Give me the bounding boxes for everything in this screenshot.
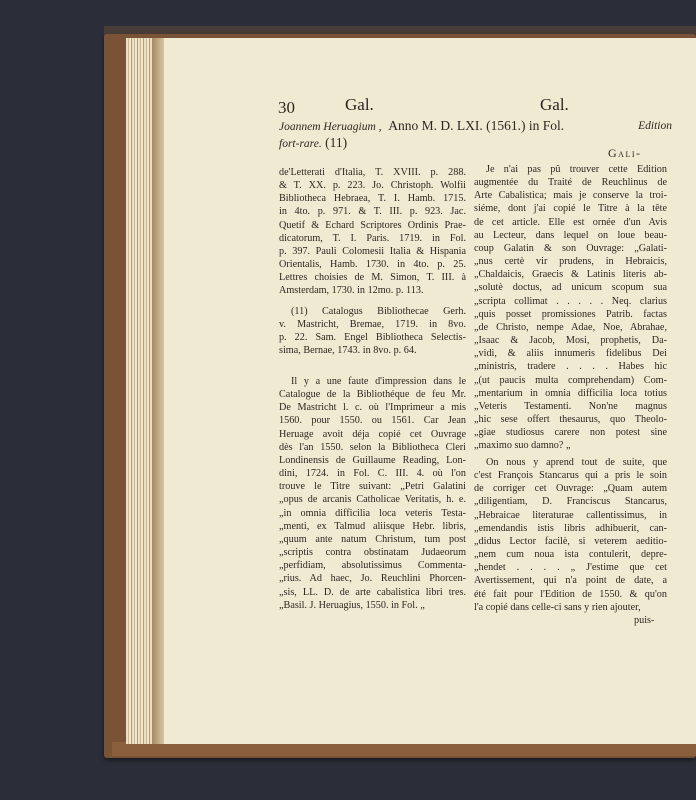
text-line: de cet article. Elle est ornée d'un Avis bbox=[474, 216, 667, 229]
page-edges bbox=[126, 38, 164, 744]
text-line: de'Letterati d'Italia, T. XVIII. p. 288. bbox=[279, 166, 466, 179]
text-line: „Chaldaicis, Graecis & Latinis literis a… bbox=[474, 268, 667, 281]
text-line: „rius. Ad haec, Jo. Reuchlini Phorcen- bbox=[279, 572, 466, 585]
text-line: été fait pour l'Edition de 1550. & qu'on bbox=[474, 588, 667, 601]
text-line: c'est François Stancarus qui a pris le s… bbox=[474, 469, 667, 482]
text-line: „Isaac & Jacob, Mosi, prophetis, Da- bbox=[474, 334, 667, 347]
lead-italic-start: Joannem Heruagium , bbox=[279, 121, 382, 133]
text-line: „Hebraicae literaturae callentissimus, i… bbox=[474, 509, 667, 522]
text-line: Amsterdam, 1730. in 12mo. p. 113. bbox=[279, 284, 466, 297]
text-line: „maximo suo damno? „ bbox=[474, 439, 667, 452]
text-line: „giae studiosus carere non potest sine bbox=[474, 426, 667, 439]
text-line: „Veteris Testamenti. Non'ne magnus bbox=[474, 400, 667, 413]
text-line: au Lecteur, dans lequel on loue beau- bbox=[474, 229, 667, 242]
text-line: Je n'ai pas pû trouver cette Edition bbox=[474, 163, 667, 176]
text-line: in 4to. p. 971. & T. III. p. 923. Jac. bbox=[279, 205, 466, 218]
left-footnote-continuation: de'Letterati d'Italia, T. XVIII. p. 288.… bbox=[279, 166, 466, 298]
text-line: „de Christo, nempe Adae, Noe, Abrahae, bbox=[474, 321, 667, 334]
text-line: „solutè doctus, ad unicum scopum sua bbox=[474, 281, 667, 294]
lead-line2-italic: fort-rare. bbox=[279, 138, 322, 150]
right-paragraph-2: On nous y aprend tout de suite, quec'est… bbox=[474, 456, 667, 614]
text-line: augmentée du Traité de Reuchlinus de bbox=[474, 176, 667, 189]
catchword-header: Gali- bbox=[608, 146, 642, 161]
text-line: & T. XX. p. 223. Jo. Christoph. Wolfii bbox=[279, 179, 466, 192]
gutter-shadow bbox=[152, 38, 164, 744]
text-line: de corriger cet Ouvrage: „Quam autem bbox=[474, 482, 667, 495]
text-line: „diligentiam, D. Franciscus Stancarus, bbox=[474, 495, 667, 508]
text-line: sima, Bernae, 1743. in 8vo. p. 64. bbox=[279, 344, 466, 357]
text-line: Heruage avoit déja copié cet Ouvrage bbox=[279, 428, 466, 441]
text-line: „scripta collimat . . . . . Neq. clarius bbox=[474, 295, 667, 308]
text-line: coup Galatin & son Ouvrage: „Galati- bbox=[474, 242, 667, 255]
text-line: „Basil. J. Heruagius, 1550. in Fol. „ bbox=[279, 599, 466, 612]
text-line: „hic sese offert thesaurus, quo Theolo- bbox=[474, 413, 667, 426]
text-line: Londinensis de Guillaume Reading, Lon- bbox=[279, 454, 466, 467]
text-line: „ministris, tradere . . . . Habes hic bbox=[474, 360, 667, 373]
running-head-right: Gal. bbox=[540, 95, 569, 115]
text-line: Bibliotheca Hebraea, T. I. Hamb. 1715. bbox=[279, 192, 466, 205]
text-line: dini, 1724. in Fol. C. III. 4. où l'on bbox=[279, 467, 466, 480]
text-line: p. 397. Pauli Colomesii Italia & Hispani… bbox=[279, 245, 466, 258]
text-line: „didus Lector facilè, si veterem aeditio… bbox=[474, 535, 667, 548]
text-line: „in omnia difficilia loca veteris Testa- bbox=[279, 507, 466, 520]
text-line: Catalogue de la Bibliothéque de feu Mr. bbox=[279, 388, 466, 401]
text-line: l'a copié dans celle-ci sans y rien ajou… bbox=[474, 601, 667, 614]
text-line: Avertissement, qui n'a point de date, a bbox=[474, 574, 667, 587]
text-line: „scriptis contra obstinatam Judaeorum bbox=[279, 546, 466, 559]
text-line: „opus de arcanis Catholicae Veritatis, h… bbox=[279, 493, 466, 506]
book-cover-bottom bbox=[112, 742, 696, 756]
text-line: dicatorum, T. I. Paris. 1719. in Fol. bbox=[279, 232, 466, 245]
lead-text: Anno M. D. LXI. (1561.) in Fol. bbox=[388, 118, 564, 133]
text-line: „hendet . . . . „ J'estime que cet bbox=[474, 561, 667, 574]
lead-italic-end: Edition bbox=[638, 118, 672, 134]
text-line: Il y a une faute d'impression dans le bbox=[279, 375, 466, 388]
text-line: „(ut paucis multa comprehendam) Com- bbox=[474, 374, 667, 387]
page-number: 30 bbox=[278, 98, 295, 118]
text-line: Lettres choisies de M. Simon, T. III. à bbox=[279, 271, 466, 284]
text-line: „mentarium in omnia difficilia loca toti… bbox=[474, 387, 667, 400]
text-line: On nous y aprend tout de suite, que bbox=[474, 456, 667, 469]
text-line: De Mastricht l. c. où l'Imprimeur a mis bbox=[279, 401, 466, 414]
text-line: 1560. pour 1550. ou 1561. Car Jean bbox=[279, 414, 466, 427]
running-head-left: Gal. bbox=[345, 95, 374, 115]
footnote-ref: (11) bbox=[325, 135, 347, 150]
text-line: „vidi, & aliis innumeris fidelibus Dei bbox=[474, 347, 667, 360]
text-line: „quum ante natum Christum, tum post bbox=[279, 533, 466, 546]
text-line: siéme, dont j'ai copié le Titre à la têt… bbox=[474, 202, 667, 215]
text-line: v. Mastricht, Bremae, 1719. in 8vo. bbox=[279, 318, 466, 331]
text-line: dès l'an 1550. selon la Bibliotheca Cler… bbox=[279, 441, 466, 454]
text-line: „nem cum noua ista contulerit, depre- bbox=[474, 548, 667, 561]
text-line: „perfidiam, absolutissimus Commenta- bbox=[279, 559, 466, 572]
text-line: „nus certè vir prudens, in Hebraicis, bbox=[474, 255, 667, 268]
text-line: „menti, ex Talmud aliisque Hebr. libris, bbox=[279, 520, 466, 533]
text-line: Orientalis, Hamb. 1730. in 4to. p. 25. bbox=[279, 258, 466, 271]
text-line: p. 22. Sam. Engel Bibliotheca Selectis- bbox=[279, 331, 466, 344]
right-paragraph-1: Je n'ai pas pû trouver cette Editionaugm… bbox=[474, 163, 667, 452]
catchword-footer: puis- bbox=[634, 614, 654, 627]
text-line: „sis, LL. D. de arte cabalistica libri t… bbox=[279, 586, 466, 599]
text-line: trouve le Titre suivant: „Petri Galatini bbox=[279, 480, 466, 493]
left-paragraph: Il y a une faute d'impression dans leCat… bbox=[279, 375, 466, 612]
text-line: (11) Catalogus Bibliothecae Gerh. bbox=[279, 305, 466, 318]
left-footnote-11: (11) Catalogus Bibliothecae Gerh.v. Mast… bbox=[279, 305, 466, 358]
text-line: Quetif & Echard Scriptores Ordinis Prae- bbox=[279, 219, 466, 232]
text-line: Arte Cabalistica; mais je conserve la tr… bbox=[474, 189, 667, 202]
text-line: „quis posset promissiones Patrib. factas bbox=[474, 308, 667, 321]
text-line: „emendandis istis libris adhibuerit, can… bbox=[474, 522, 667, 535]
